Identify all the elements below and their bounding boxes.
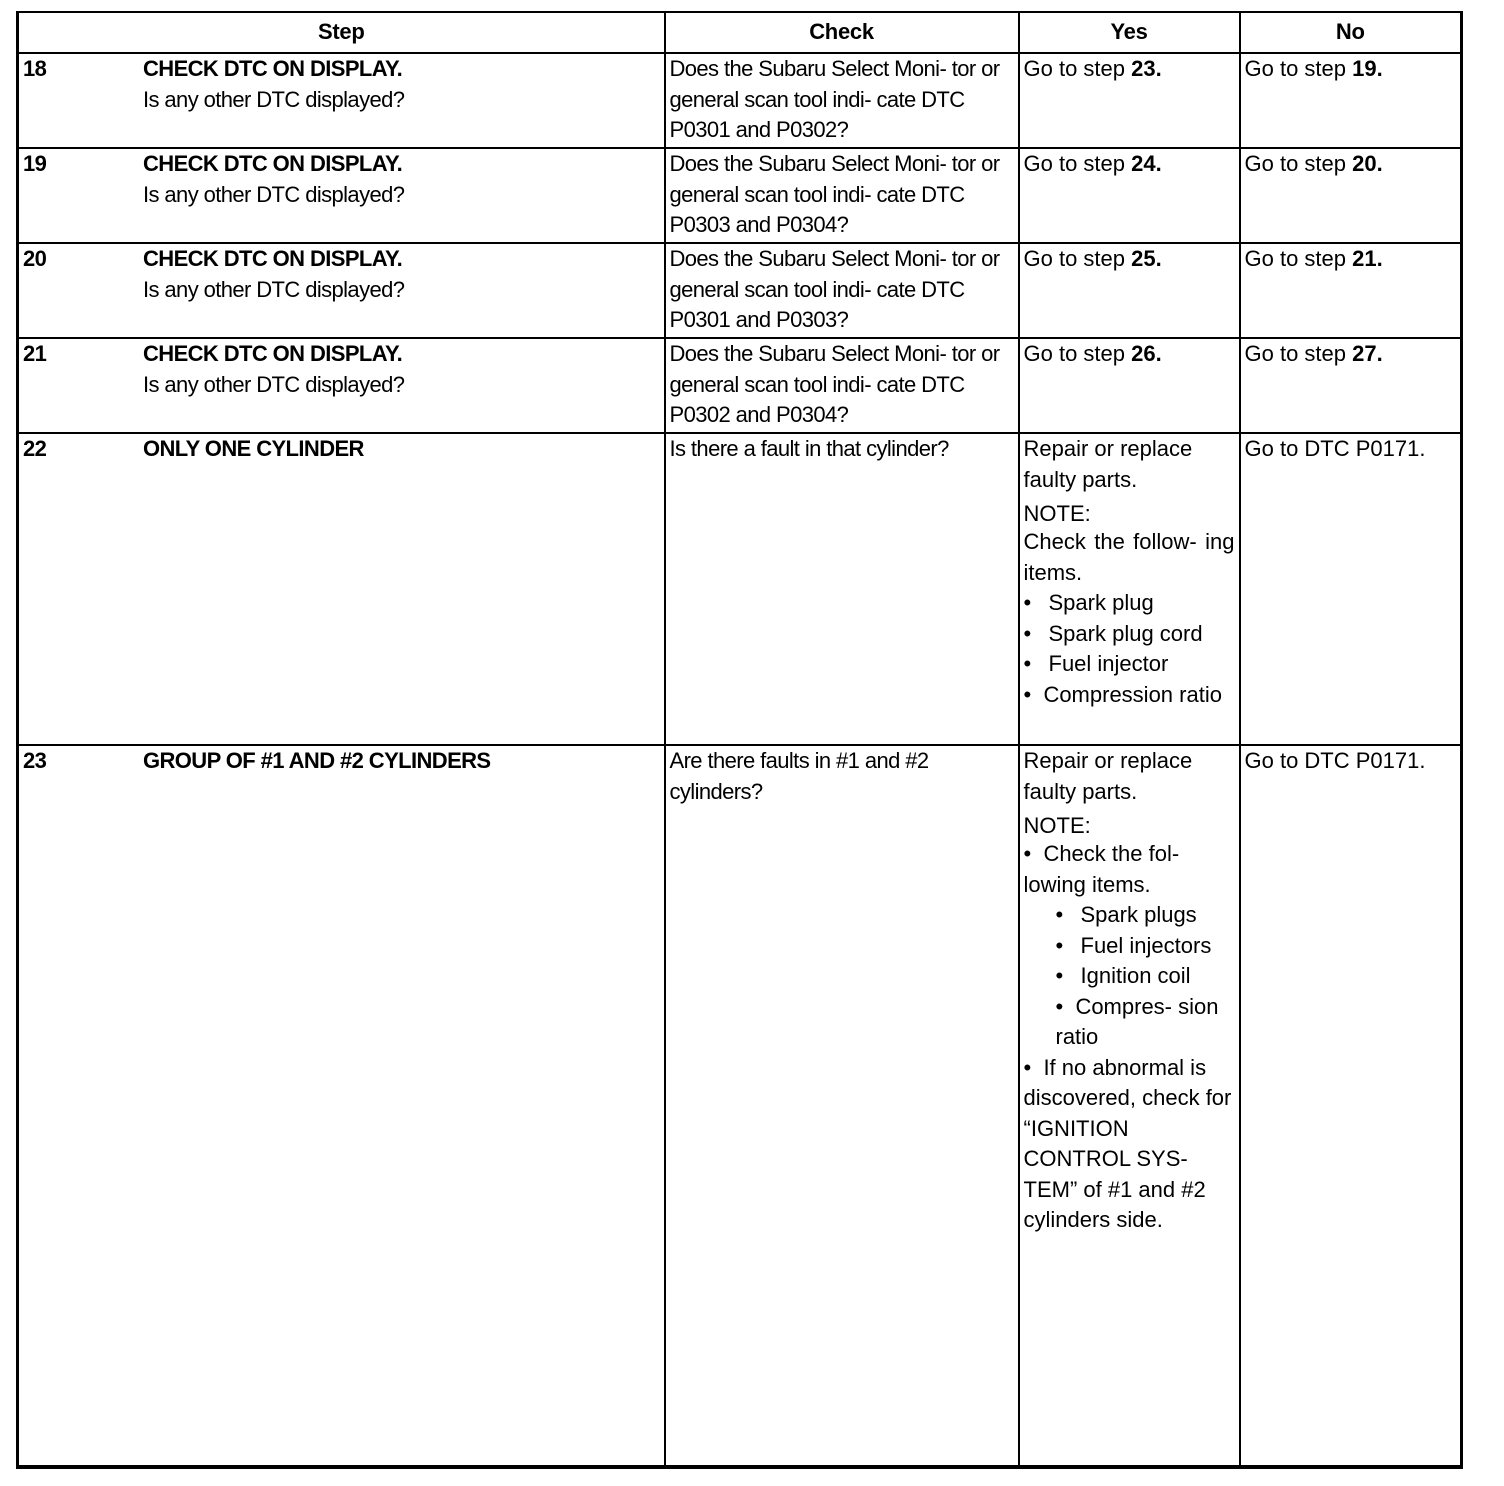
note-text: Check the follow- ing items. — [1024, 527, 1235, 588]
step-number: 21 — [23, 339, 143, 400]
yes-main-text: Repair or replace faulty parts. — [1024, 746, 1235, 807]
note-bullet: • Check the fol- lowing items. — [1024, 839, 1235, 900]
list-item: •Spark plug cord — [1024, 619, 1235, 650]
no-text: Go to step — [1245, 56, 1353, 81]
check-cell: Does the Subaru Select Moni- tor or gene… — [665, 148, 1019, 243]
check-cell: Are there faults in #1 and #2 cylinders? — [665, 745, 1019, 1467]
step-title: CHECK DTC ON DISPLAY. — [143, 339, 660, 370]
no-cell: Go to DTC P0171. — [1240, 745, 1462, 1467]
yes-cell: Go to step 26. — [1019, 338, 1240, 433]
yes-text: Go to step — [1024, 246, 1132, 271]
no-cell: Go to step 21. — [1240, 243, 1462, 338]
step-subtitle: Is any other DTC displayed? — [143, 180, 660, 211]
check-cell: Does the Subaru Select Moni- tor or gene… — [665, 53, 1019, 148]
yes-cell: Repair or replace faulty parts. NOTE: • … — [1019, 745, 1240, 1467]
list-item: •Fuel injectors — [1024, 931, 1235, 962]
step-cell: 20 CHECK DTC ON DISPLAY. Is any other DT… — [18, 243, 665, 338]
bullet-icon: • — [1024, 1055, 1044, 1080]
no-cell: Go to step 19. — [1240, 53, 1462, 148]
yes-main-text: Repair or replace faulty parts. — [1024, 434, 1235, 495]
step-cell: 23 GROUP OF #1 AND #2 CYLINDERS — [18, 745, 665, 1467]
list-item: •Spark plugs — [1024, 900, 1235, 931]
check-cell: Is there a fault in that cylinder? — [665, 433, 1019, 745]
no-text: Go to step — [1245, 341, 1353, 366]
note-label: NOTE: — [1024, 813, 1235, 839]
table-row: 20 CHECK DTC ON DISPLAY. Is any other DT… — [18, 243, 1462, 338]
list-item: • Compression ratio — [1024, 680, 1235, 711]
check-cell: Does the Subaru Select Moni- tor or gene… — [665, 243, 1019, 338]
step-title: ONLY ONE CYLINDER — [143, 434, 660, 465]
yes-text: Go to step — [1024, 56, 1132, 81]
bullet-icon: • — [1024, 841, 1044, 866]
check-cell: Does the Subaru Select Moni- tor or gene… — [665, 338, 1019, 433]
step-subtitle: Is any other DTC displayed? — [143, 275, 660, 306]
table-row: 21 CHECK DTC ON DISPLAY. Is any other DT… — [18, 338, 1462, 433]
list-item: •Ignition coil — [1024, 961, 1235, 992]
step-title: GROUP OF #1 AND #2 CYLINDERS — [143, 746, 660, 777]
no-text: Go to step — [1245, 151, 1353, 176]
header-no: No — [1240, 12, 1462, 53]
step-title: CHECK DTC ON DISPLAY. — [143, 149, 660, 180]
bullet-icon: • — [1024, 619, 1049, 650]
yes-step-link[interactable]: 26. — [1131, 341, 1162, 366]
no-cell: Go to step 27. — [1240, 338, 1462, 433]
no-cell: Go to step 20. — [1240, 148, 1462, 243]
step-number: 20 — [23, 244, 143, 305]
no-cell: Go to DTC P0171. — [1240, 433, 1462, 745]
list-item: • Compres- sion ratio — [1024, 992, 1235, 1053]
header-step: Step — [18, 12, 665, 53]
bullet-icon: • — [1024, 588, 1049, 619]
yes-cell: Go to step 25. — [1019, 243, 1240, 338]
table-row: 22 ONLY ONE CYLINDER Is there a fault in… — [18, 433, 1462, 745]
step-title: CHECK DTC ON DISPLAY. — [143, 54, 660, 85]
yes-cell: Go to step 24. — [1019, 148, 1240, 243]
step-number: 22 — [23, 434, 143, 465]
no-step-link[interactable]: 27. — [1352, 341, 1383, 366]
step-number: 23 — [23, 746, 143, 777]
no-step-link[interactable]: 19. — [1352, 56, 1383, 81]
step-subtitle: Is any other DTC displayed? — [143, 370, 660, 401]
bullet-icon: • — [1024, 649, 1049, 680]
step-number: 18 — [23, 54, 143, 115]
step-cell: 22 ONLY ONE CYLINDER — [18, 433, 665, 745]
step-title: CHECK DTC ON DISPLAY. — [143, 244, 660, 275]
note-label: NOTE: — [1024, 501, 1235, 527]
table-row: 19 CHECK DTC ON DISPLAY. Is any other DT… — [18, 148, 1462, 243]
bullet-icon: • — [1056, 961, 1081, 992]
step-number: 19 — [23, 149, 143, 210]
bullet-icon: • — [1056, 931, 1081, 962]
table-row: 23 GROUP OF #1 AND #2 CYLINDERS Are ther… — [18, 745, 1462, 1467]
header-check: Check — [665, 12, 1019, 53]
yes-cell: Repair or replace faulty parts. NOTE: Ch… — [1019, 433, 1240, 745]
step-cell: 19 CHECK DTC ON DISPLAY. Is any other DT… — [18, 148, 665, 243]
step-cell: 18 CHECK DTC ON DISPLAY. Is any other DT… — [18, 53, 665, 148]
step-cell: 21 CHECK DTC ON DISPLAY. Is any other DT… — [18, 338, 665, 433]
header-row: Step Check Yes No — [18, 12, 1462, 53]
step-subtitle: Is any other DTC displayed? — [143, 85, 660, 116]
yes-step-link[interactable]: 23. — [1131, 56, 1162, 81]
yes-text: Go to step — [1024, 151, 1132, 176]
diagnostic-table: Step Check Yes No 18 CHECK DTC ON DISPLA… — [16, 11, 1463, 1469]
no-step-link[interactable]: 20. — [1352, 151, 1383, 176]
yes-cell: Go to step 23. — [1019, 53, 1240, 148]
yes-text: Go to step — [1024, 341, 1132, 366]
bullet-icon: • — [1056, 994, 1076, 1019]
no-step-link[interactable]: 21. — [1352, 246, 1383, 271]
table-row: 18 CHECK DTC ON DISPLAY. Is any other DT… — [18, 53, 1462, 148]
yes-step-link[interactable]: 24. — [1131, 151, 1162, 176]
bullet-icon: • — [1024, 682, 1044, 707]
yes-step-link[interactable]: 25. — [1131, 246, 1162, 271]
no-text: Go to step — [1245, 246, 1353, 271]
list-item: •Spark plug — [1024, 588, 1235, 619]
header-yes: Yes — [1019, 12, 1240, 53]
note-bullet: • If no abnormal is discovered, check fo… — [1024, 1053, 1235, 1236]
list-item: •Fuel injector — [1024, 649, 1235, 680]
bullet-icon: • — [1056, 900, 1081, 931]
